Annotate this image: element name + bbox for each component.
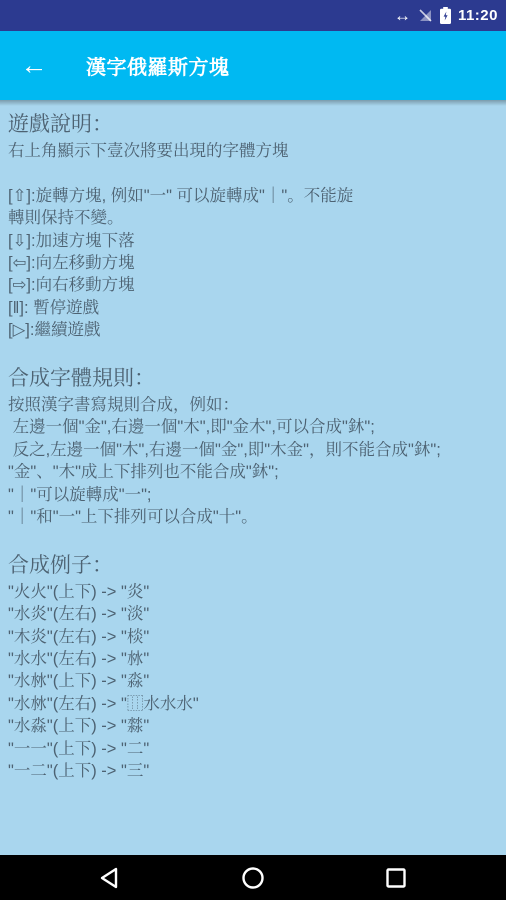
instructions-text: 遊戲說明：右上角顯示下壹次將要出現的字體方塊[⇧]:旋轉方塊, 例如"一" 可以…: [0, 100, 506, 783]
text-line: [8, 528, 500, 550]
status-bar: ↔ 11:20: [0, 0, 506, 31]
text-line: [8, 342, 500, 364]
nav-back-button[interactable]: [99, 866, 121, 890]
data-transfer-icon: ↔: [394, 7, 411, 24]
text-line: "水沝"(上下) -> "淼": [8, 670, 500, 692]
instructions-content[interactable]: 遊戲說明：右上角顯示下壹次將要出現的字體方塊[⇧]:旋轉方塊, 例如"一" 可以…: [0, 100, 506, 855]
text-line: "火火"(上下) -> "炎": [8, 581, 500, 603]
text-line: "木炎"(左右) -> "棪": [8, 626, 500, 648]
battery-charging-icon: [440, 7, 451, 24]
text-line: 轉則保持不變。: [8, 207, 500, 229]
screen: ↔ 11:20 ← 漢字俄羅斯方塊 遊戲說明：右上角顯示下壹次將要出現的字體方塊…: [0, 0, 506, 900]
text-line: [▷]:繼續遊戲: [8, 319, 500, 341]
nav-bar: [0, 855, 506, 900]
text-line: "一二"(上下) -> "三": [8, 760, 500, 782]
text-line: "｜"和"一"上下排列可以合成"十"。: [8, 506, 500, 528]
text-line: 反之,左邊一個"木",右邊一個"金",即"木金"，則不能合成"鈢";: [8, 439, 500, 461]
text-line: "水淼"(上下) -> "㵘": [8, 715, 500, 737]
text-line: [8, 162, 500, 184]
text-line: 右上角顯示下壹次將要出現的字體方塊: [8, 140, 500, 162]
status-time: 11:20: [458, 7, 498, 24]
text-line: "｜"可以旋轉成"一";: [8, 484, 500, 506]
app-bar: ← 漢字俄羅斯方塊: [0, 31, 506, 100]
text-line: [⇨]:向右移動方塊: [8, 274, 500, 296]
text-line: 按照漢字書寫規則合成，例如：: [8, 394, 500, 416]
text-line: "水水"(左右) -> "沝": [8, 648, 500, 670]
back-arrow-icon[interactable]: ←: [6, 52, 62, 79]
text-line: "金"、"木"成上下排列也不能合成"鈢";: [8, 461, 500, 483]
nav-recents-button[interactable]: [385, 866, 407, 890]
text-line: [⇦]:向左移動方塊: [8, 252, 500, 274]
text-line: [⇩]:加速方塊下落: [8, 230, 500, 252]
section-heading: 合成字體規則：: [8, 364, 500, 394]
text-line: 左邊一個"金",右邊一個"木",即"金木",可以合成"鈢";: [8, 416, 500, 438]
text-line: [⇧]:旋轉方塊, 例如"一" 可以旋轉成"｜"。不能旋: [8, 185, 500, 207]
text-line: [‖]: 暫停遊戲: [8, 297, 500, 319]
section-heading: 遊戲說明：: [8, 110, 500, 140]
app-title: 漢字俄羅斯方塊: [86, 51, 230, 80]
text-line: "一一"(上下) -> "二": [8, 738, 500, 760]
no-signal-icon: [418, 8, 433, 23]
text-line: "水沝"(左右) -> "⿲水水水": [8, 693, 500, 715]
text-line: "水炎"(左右) -> "淡": [8, 603, 500, 625]
section-heading: 合成例子：: [8, 551, 500, 581]
nav-home-button[interactable]: [241, 866, 265, 890]
